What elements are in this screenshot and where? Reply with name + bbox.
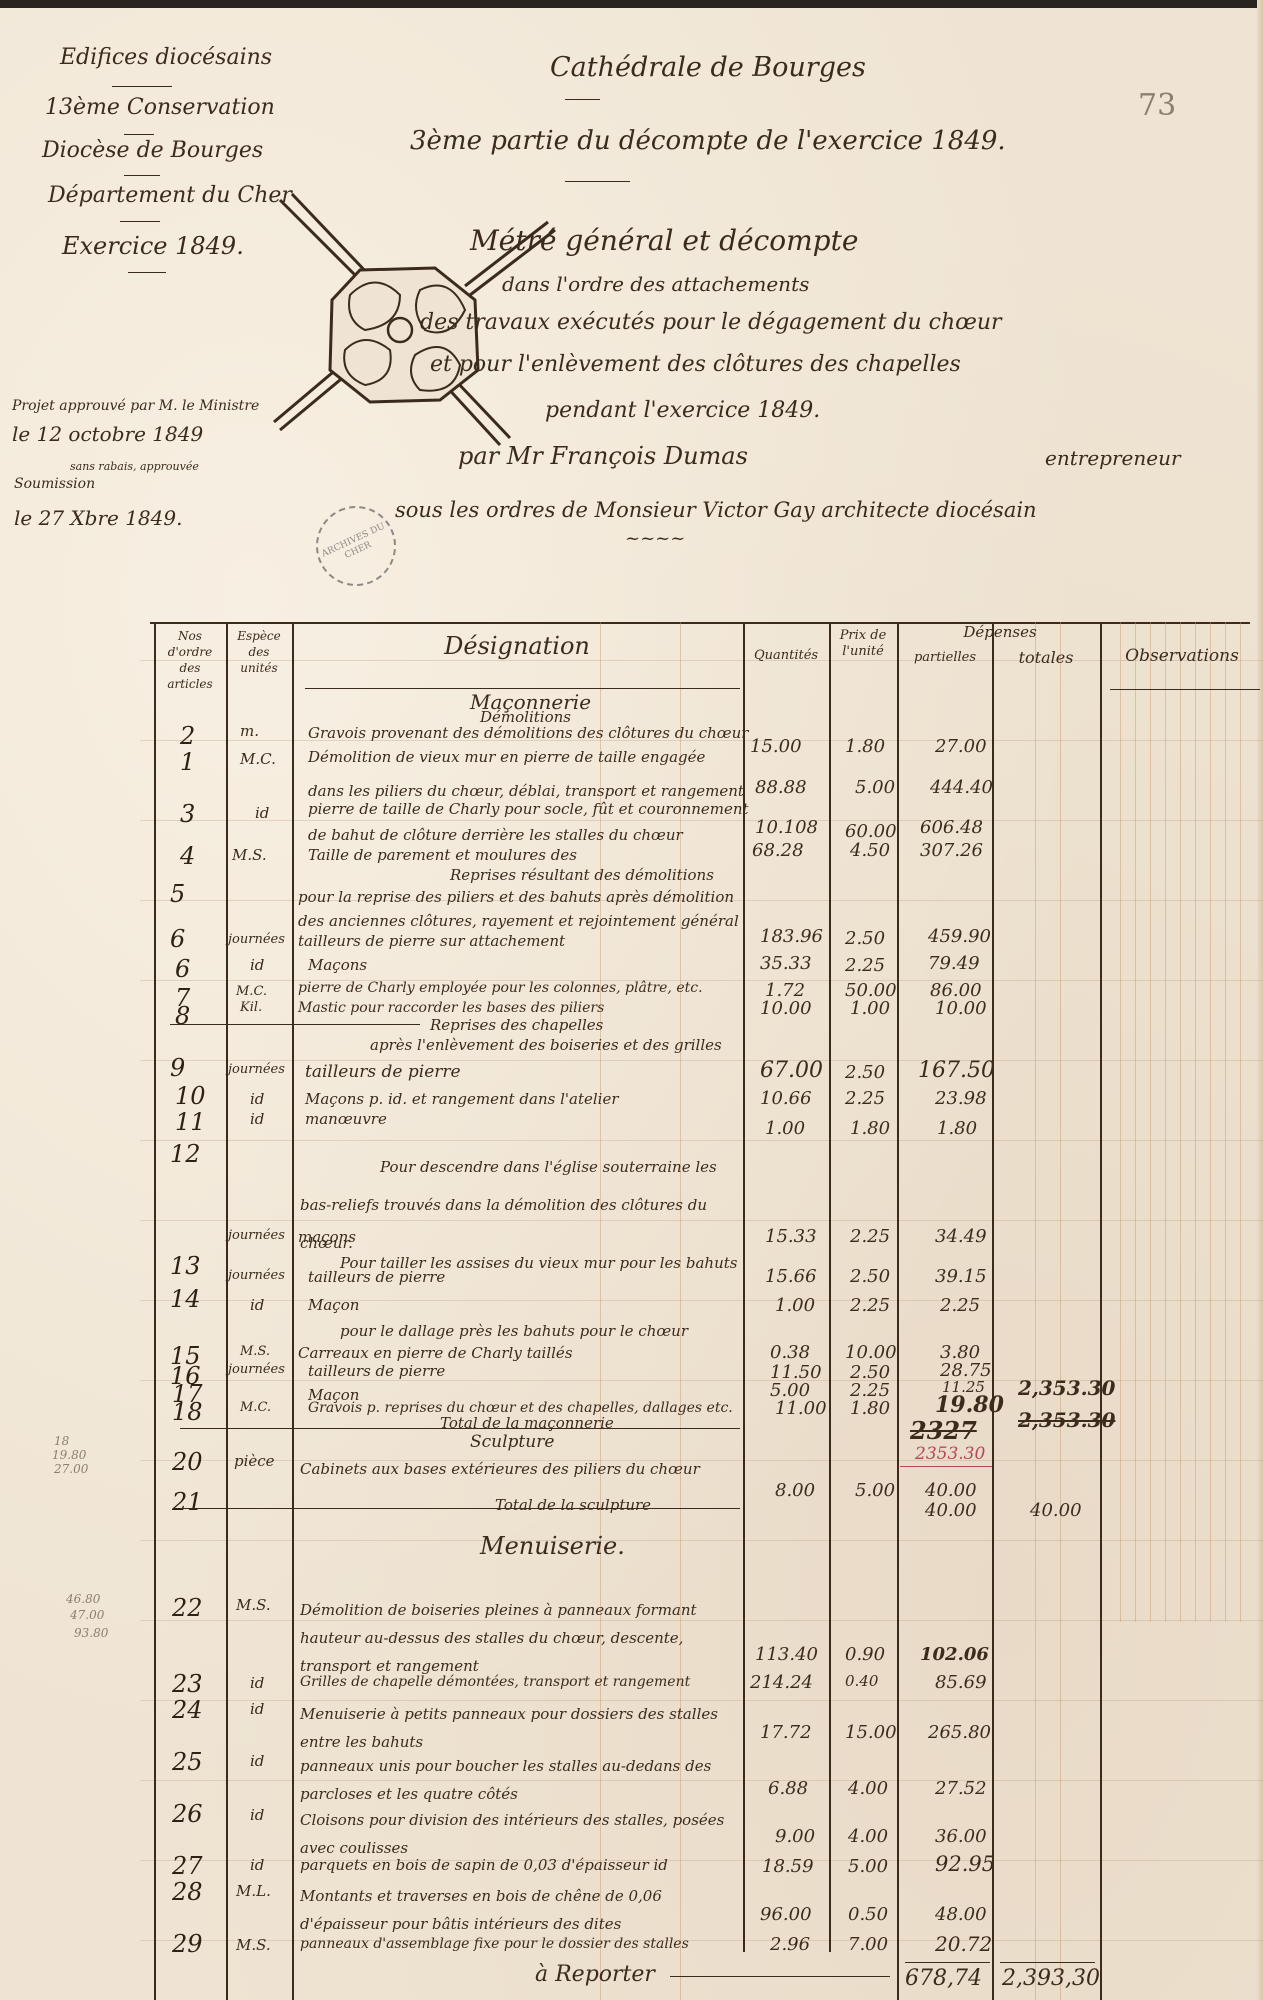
partial: 23.98 <box>935 1088 987 1109</box>
designation: dans les piliers du chœur, déblai, trans… <box>308 782 744 800</box>
col-divider <box>226 622 228 2000</box>
metre-title: Métré général et décompte <box>470 224 858 257</box>
partial: 36.00 <box>935 1826 987 1847</box>
header-line-diocese: Diocèse de Bourges <box>42 138 263 163</box>
total-maconnerie-totale-struck: 2,353.30 <box>1018 1408 1115 1432</box>
ordre-number: 5 <box>170 880 185 908</box>
ordre-number: 22 <box>172 1594 203 1622</box>
unit: M.S. <box>236 1596 271 1614</box>
qty: 17.72 <box>760 1722 812 1743</box>
partial: 39.15 <box>935 1266 987 1287</box>
designation: Mastic pour raccorder les bases des pili… <box>298 1000 604 1016</box>
designation: panneaux d'assemblage fixe pour le dossi… <box>300 1936 689 1952</box>
price: 0.50 <box>848 1904 888 1925</box>
designation: panneaux unis pour boucher les stalles a… <box>300 1752 730 1808</box>
price: 2.25 <box>845 1088 885 1109</box>
subtitle-line3: et pour l'enlèvement des clôtures des ch… <box>430 352 961 377</box>
designation: Pour descendre dans l'église souterraine… <box>300 1148 730 1262</box>
price: 1.00 <box>850 998 890 1019</box>
designation: maçons <box>298 1228 356 1246</box>
unit: Kil. <box>240 1000 262 1015</box>
qty: 11.00 <box>775 1398 827 1419</box>
ordre-number: 3 <box>180 800 195 828</box>
unit: journées <box>228 1362 285 1377</box>
unit: M.S. <box>240 1344 270 1359</box>
ordre-number: 29 <box>172 1930 203 1958</box>
col-divider <box>1100 622 1102 2000</box>
ordre-number: 23 <box>172 1670 203 1698</box>
qty: 113.40 <box>755 1644 818 1665</box>
header-totales: totales <box>994 650 1098 666</box>
price: 5.00 <box>848 1856 888 1877</box>
soumission-label: Soumission <box>14 476 95 492</box>
subtotal-rule <box>1000 1962 1095 1963</box>
scan-top-edge <box>0 0 1263 8</box>
designation: Carreaux en pierre de Charly taillés <box>298 1344 573 1362</box>
contractor-role: entrepreneur <box>1045 446 1181 470</box>
ordre-number: 21 <box>172 1488 203 1516</box>
price: 15.00 <box>845 1722 897 1743</box>
price: 4.50 <box>850 840 890 861</box>
unit: id <box>255 804 269 822</box>
total-sculpture-totale: 40.00 <box>1030 1500 1082 1521</box>
price: 0.40 <box>845 1672 878 1690</box>
designation: Cabinets aux bases extérieures des pilie… <box>300 1452 730 1486</box>
designation: Grilles de chapelle démontées, transport… <box>300 1674 690 1690</box>
total-maconnerie-partial-struck: 2327 <box>910 1416 977 1445</box>
col-divider <box>154 622 156 2000</box>
qty: 88.88 <box>755 777 807 798</box>
partial: 48.00 <box>935 1904 987 1925</box>
col-divider <box>292 622 294 2000</box>
price: 2.25 <box>850 1295 890 1316</box>
unit: m. <box>240 722 259 740</box>
part-title: 3ème partie du décompte de l'exercice 18… <box>410 126 1006 156</box>
designation: parquets en bois de sapin de 0,03 d'épai… <box>300 1856 668 1874</box>
divider <box>565 99 600 100</box>
ordre-number: 6 <box>175 955 190 983</box>
archive-stamp: ARCHIVES DU CHER <box>303 493 409 599</box>
designation: Maçons <box>308 956 367 974</box>
ordre-number: 27 <box>172 1852 203 1880</box>
header-designation: Désignation <box>292 638 742 654</box>
designation: manœuvre <box>305 1110 387 1128</box>
designation: Cloisons pour division des intérieurs de… <box>300 1806 730 1862</box>
unit: M.S. <box>232 846 267 864</box>
header-line-edifices: Edifices diocésains <box>60 45 272 70</box>
qty: 15.66 <box>765 1266 817 1287</box>
partial: 102.06 <box>920 1644 989 1665</box>
flourish: ~~~~ <box>625 528 685 549</box>
soumission-date: le 27 Xbre 1849. <box>14 506 182 530</box>
unit: id <box>250 956 264 974</box>
col-divider <box>992 622 994 2000</box>
cathedral-title: Cathédrale de Bourges <box>550 52 866 83</box>
price: 2.25 <box>850 1226 890 1247</box>
price: 2.50 <box>845 928 885 949</box>
divider <box>120 221 160 222</box>
ordre-number: 11 <box>175 1108 206 1136</box>
divider <box>112 86 172 87</box>
subtitle-line2: des travaux exécutés pour le dégagement … <box>420 310 1002 335</box>
ordre-number: 14 <box>170 1285 201 1313</box>
margin-calc: 19.80 <box>52 1448 86 1462</box>
price: 60.00 <box>845 821 897 842</box>
header-espece: Espèce des unités <box>228 628 290 676</box>
total-maconnerie-label: Total de la maçonnerie <box>440 1414 614 1432</box>
designation: pour la reprise des piliers et des bahut… <box>298 888 734 906</box>
contractor: par Mr François Dumas <box>458 442 748 470</box>
unit: id <box>250 1674 264 1692</box>
designation: Gravois provenant des démolitions des cl… <box>308 724 748 742</box>
qty: 214.24 <box>750 1672 813 1693</box>
qty: 10.66 <box>760 1088 812 1109</box>
qty: 1.00 <box>765 1118 805 1139</box>
ordre-number: 26 <box>172 1800 203 1828</box>
designation: pierre de taille de Charly pour socle, f… <box>308 800 749 818</box>
qty: 68.28 <box>752 840 804 861</box>
partial: 20.72 <box>935 1932 992 1956</box>
subsection-reprises-chapelles: Reprises des chapelles <box>430 1016 603 1034</box>
architect-line: sous les ordres de Monsieur Victor Gay a… <box>395 498 1037 522</box>
total-maconnerie-partial: 2353.30 <box>915 1444 985 1464</box>
ordre-number: 1 <box>180 748 195 776</box>
ordre-number: 9 <box>170 1054 185 1082</box>
divider <box>124 134 154 135</box>
divider <box>565 181 630 182</box>
price: 2.25 <box>845 955 885 976</box>
designation: Montants et traverses en bois de chêne d… <box>300 1882 730 1938</box>
header-rule <box>1110 689 1260 690</box>
margin-calc: 27.00 <box>54 1462 88 1476</box>
report-total: 2,393,30 <box>1002 1966 1100 1991</box>
unit: id <box>250 1752 264 1770</box>
page-number: 73 <box>1138 88 1176 123</box>
header-ordre: Nos d'ordre des articles <box>156 628 224 692</box>
qty: 2.96 <box>770 1934 810 1955</box>
header-prix: Prix de l'unité <box>831 628 895 660</box>
header-observations: Observations <box>1102 648 1262 664</box>
section-menuiserie: Menuiserie. <box>480 1532 625 1560</box>
qty: 0.38 <box>770 1342 810 1363</box>
header-quantites: Quantités <box>745 648 827 664</box>
margin-calc: 46.80 <box>66 1592 100 1606</box>
qty: 96.00 <box>760 1904 812 1925</box>
projet-date: le 12 octobre 1849 <box>12 422 203 446</box>
designation: tailleurs de pierre <box>308 1268 445 1286</box>
ordre-number: 10 <box>175 1082 206 1110</box>
qty: 10.108 <box>755 817 818 838</box>
price: 5.00 <box>855 777 895 798</box>
unit: id <box>250 1856 264 1874</box>
partial: 27.52 <box>935 1778 987 1799</box>
price: 1.80 <box>845 736 885 757</box>
designation: des anciennes clôtures, rayement et rejo… <box>298 912 739 930</box>
qty: 10.00 <box>760 998 812 1019</box>
price: 4.00 <box>848 1826 888 1847</box>
col-divider <box>743 622 745 1952</box>
partial: 459.90 <box>928 926 991 947</box>
unit: journées <box>228 932 285 947</box>
subtitle-line4: pendant l'exercice 1849. <box>545 398 820 423</box>
price: 1.80 <box>850 1118 890 1139</box>
ordre-number: 8 <box>175 1002 190 1030</box>
report-rule <box>670 1976 890 1977</box>
qty: 15.33 <box>765 1226 817 1247</box>
unit: M.C. <box>240 750 276 768</box>
qty: 8.00 <box>775 1480 815 1501</box>
partial: 606.48 <box>920 817 983 838</box>
unit: journées <box>228 1228 285 1243</box>
partial: 2.25 <box>940 1295 980 1316</box>
price: 1.80 <box>850 1398 890 1419</box>
ordre-number: 24 <box>172 1696 203 1724</box>
designation: Menuiserie à petits panneaux pour dossie… <box>300 1700 730 1756</box>
header-partielles: partielles <box>899 650 991 666</box>
total-sculpture-partial: 40.00 <box>925 1500 977 1521</box>
price: 10.00 <box>845 1342 897 1363</box>
header-line-exercice: Exercice 1849. <box>62 232 244 260</box>
unit: journées <box>228 1062 285 1077</box>
margin-calc: 18 <box>54 1434 69 1448</box>
partial: 19.80 <box>935 1392 1004 1418</box>
designation: tailleurs de pierre <box>305 1062 461 1082</box>
section-sculpture: Sculpture <box>470 1432 554 1452</box>
partial: 307.26 <box>920 840 983 861</box>
unit: id <box>250 1110 264 1128</box>
unit: journées <box>228 1268 285 1283</box>
qty: 67.00 <box>760 1058 823 1083</box>
price: 7.00 <box>848 1934 888 1955</box>
ordre-number: 20 <box>172 1448 203 1476</box>
projet-note: Projet approuvé par M. le Ministre <box>12 398 259 414</box>
total-rule <box>180 1508 740 1509</box>
qty: 35.33 <box>760 953 812 974</box>
subtotal-rule <box>905 1962 990 1963</box>
report-label: à Reporter <box>535 1962 655 1987</box>
qty: 1.00 <box>775 1295 815 1316</box>
total-maconnerie-totale: 2,353.30 <box>1018 1376 1115 1400</box>
unit: M.C. <box>240 1400 271 1415</box>
designation: pour le dallage près les bahuts pour le … <box>340 1322 688 1340</box>
header-rule <box>305 688 740 689</box>
margin-calc: 93.80 <box>74 1626 108 1640</box>
price: 0.90 <box>845 1644 885 1665</box>
divider <box>124 175 160 176</box>
ordre-number: 28 <box>172 1878 203 1906</box>
total-rule <box>180 1428 740 1429</box>
unit: M.S. <box>236 1936 271 1954</box>
designation: pierre de Charly employée pour les colon… <box>298 980 703 996</box>
designation: Maçons p. id. et rangement dans l'atelie… <box>305 1090 619 1108</box>
subsection-reprises-chapelles-sub: après l'enlèvement des boiseries et des … <box>370 1036 722 1054</box>
price: 2.50 <box>845 1062 885 1083</box>
unit: id <box>250 1090 264 1108</box>
designation: Taille de parement et moulures des <box>308 846 577 864</box>
partial: 444.40 <box>930 777 993 798</box>
unit: pièce <box>234 1452 275 1470</box>
unit: M.L. <box>236 1882 271 1900</box>
qty: 18.59 <box>762 1856 814 1877</box>
qty: 15.00 <box>750 736 802 757</box>
designation: Démolition de vieux mur en pierre de tai… <box>308 748 705 766</box>
unit: id <box>250 1700 264 1718</box>
qty: 9.00 <box>775 1826 815 1847</box>
qty: 183.96 <box>760 926 823 947</box>
partial: 34.49 <box>935 1226 987 1247</box>
designation: de bahut de clôture derrière les stalles… <box>308 826 683 844</box>
red-rule <box>900 1466 992 1467</box>
price: 5.00 <box>855 1480 895 1501</box>
soumission-note-sup: sans rabais, approuvée <box>70 460 199 473</box>
price: 4.00 <box>848 1778 888 1799</box>
partial: 167.50 <box>918 1058 995 1083</box>
partial: 92.95 <box>935 1852 995 1876</box>
ordre-number: 13 <box>170 1252 201 1280</box>
header-line-conservation: 13ème Conservation <box>45 95 275 120</box>
partial: 85.69 <box>935 1672 987 1693</box>
ordre-number: 4 <box>180 842 195 870</box>
partial: 10.00 <box>935 998 987 1019</box>
header-line-departement: Département du Cher <box>48 183 292 208</box>
partial: 265.80 <box>928 1722 991 1743</box>
report-partial: 678,74 <box>905 1966 982 1991</box>
ordre-number: 18 <box>172 1398 203 1426</box>
total-sculpture-label: Total de la sculpture <box>495 1496 651 1514</box>
margin-calc: 47.00 <box>70 1608 104 1622</box>
designation: Maçon <box>308 1296 359 1314</box>
designation: tailleurs de pierre sur attachement <box>298 932 565 950</box>
ordre-number: 25 <box>172 1748 203 1776</box>
unit: id <box>250 1806 264 1824</box>
subtitle-line1: dans l'ordre des attachements <box>502 272 809 296</box>
unit: M.C. <box>236 984 267 999</box>
divider <box>128 272 166 273</box>
unit: id <box>250 1296 264 1314</box>
partial: 40.00 <box>925 1480 977 1501</box>
col-divider <box>897 622 899 2000</box>
partial: 1.80 <box>937 1118 977 1139</box>
price: 2.50 <box>850 1266 890 1287</box>
col-divider <box>829 622 831 1952</box>
partial: 79.49 <box>928 953 980 974</box>
ordre-number: 2 <box>180 722 195 750</box>
qty: 6.88 <box>768 1778 808 1799</box>
section-rule <box>170 1024 420 1025</box>
subsection-reprises: Reprises résultant des démolitions <box>450 866 714 884</box>
designation: tailleurs de pierre <box>308 1362 445 1380</box>
ordre-number: 6 <box>170 925 185 953</box>
partial: 27.00 <box>935 736 987 757</box>
header-depenses: Dépenses <box>900 624 1100 640</box>
ordre-number: 12 <box>170 1140 201 1168</box>
designation: Démolition de boiseries pleines à pannea… <box>300 1596 730 1680</box>
